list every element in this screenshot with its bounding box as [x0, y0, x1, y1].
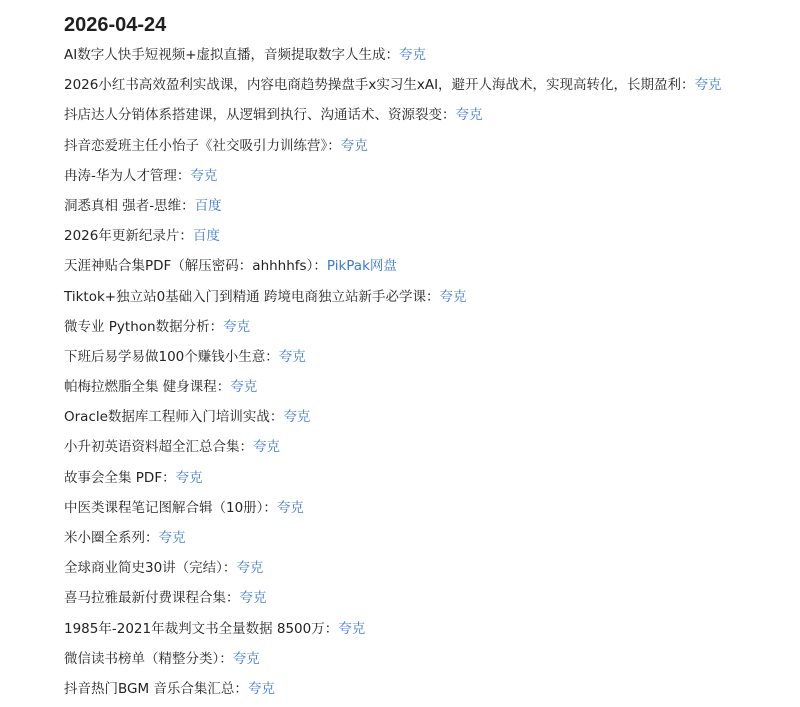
date-heading: 2026-04-24	[64, 10, 800, 40]
download-link[interactable]: 夸克	[230, 379, 257, 395]
list-item: 2026年更新纪录片：百度	[64, 221, 800, 251]
download-link[interactable]: 夸克	[456, 107, 483, 123]
resource-title: 微信读书榜单（精整分类）：	[64, 651, 233, 667]
resource-title: 下班后易学易做100个赚钱小生意：	[64, 349, 279, 365]
download-link[interactable]: 夸克	[159, 530, 186, 546]
list-item: 喜马拉雅最新付费课程合集：夸克	[64, 583, 800, 613]
list-item: 米小圈全系列：夸克	[64, 523, 800, 553]
download-link[interactable]: PikPak网盘	[327, 258, 397, 274]
resource-title: 故事会全集 PDF：	[64, 470, 176, 486]
resource-title: 全球商业简史30讲（完结）：	[64, 560, 236, 576]
download-link[interactable]: 夸克	[233, 651, 260, 667]
resource-title: 抖店达人分销体系搭建课，从逻辑到执行、沟通话术、资源裂变：	[64, 107, 456, 123]
resource-title: 中医类课程笔记图解合辑（10册）：	[64, 500, 277, 516]
resource-title: 喜马拉雅最新付费课程合集：	[64, 590, 240, 606]
list-item: Tiktok+独立站0基础入门到精通 跨境电商独立站新手必学课：夸克	[64, 282, 800, 312]
list-item: 冉涛-华为人才管理：夸克	[64, 161, 800, 191]
resource-title: 抖音热门BGM 音乐合集汇总：	[64, 681, 248, 697]
list-item: 抖音热门BGM 音乐合集汇总：夸克	[64, 674, 800, 704]
resource-title: 2026年更新纪录片：	[64, 228, 193, 244]
resource-list: AI数字人快手短视频+虚拟直播，音频提取数字人生成：夸克2026小红书高效盈利实…	[64, 40, 800, 704]
download-link[interactable]: 夸克	[240, 590, 267, 606]
list-item: 微专业 Python数据分析：夸克	[64, 312, 800, 342]
resource-title: 洞悉真相 强者-思维：	[64, 198, 195, 214]
list-item: Oracle数据库工程师入门培训实战：夸克	[64, 402, 800, 432]
resource-title: 小升初英语资料超全汇总合集：	[64, 439, 253, 455]
list-item: 抖音恋爱班主任小怡子《社交吸引力训练营》：夸克	[64, 131, 800, 161]
download-link[interactable]: 夸克	[253, 439, 280, 455]
download-link[interactable]: 夸克	[236, 560, 263, 576]
resource-title: 天涯神贴合集PDF（解压密码：ahhhhfs）：	[64, 258, 327, 274]
list-item: 中医类课程笔记图解合辑（10册）：夸克	[64, 493, 800, 523]
download-link[interactable]: 夸克	[399, 47, 426, 63]
download-link[interactable]: 夸克	[176, 470, 203, 486]
list-item: 天涯神贴合集PDF（解压密码：ahhhhfs）：PikPak网盘	[64, 251, 800, 281]
list-item: 小升初英语资料超全汇总合集：夸克	[64, 432, 800, 462]
download-link[interactable]: 夸克	[695, 77, 722, 93]
list-item: 抖店达人分销体系搭建课，从逻辑到执行、沟通话术、资源裂变：夸克	[64, 100, 800, 130]
download-link[interactable]: 夸克	[283, 409, 310, 425]
resource-title: 米小圈全系列：	[64, 530, 159, 546]
list-item: 帕梅拉燃脂全集 健身课程：夸克	[64, 372, 800, 402]
list-item: 全球商业简史30讲（完结）：夸克	[64, 553, 800, 583]
resource-title: 冉涛-华为人才管理：	[64, 168, 190, 184]
resource-title: Tiktok+独立站0基础入门到精通 跨境电商独立站新手必学课：	[64, 289, 439, 305]
download-link[interactable]: 夸克	[190, 168, 217, 184]
download-link[interactable]: 夸克	[338, 621, 365, 637]
resource-title: 帕梅拉燃脂全集 健身课程：	[64, 379, 230, 395]
download-link[interactable]: 夸克	[439, 289, 466, 305]
resource-title: AI数字人快手短视频+虚拟直播，音频提取数字人生成：	[64, 47, 399, 63]
resource-title: 2026小红书高效盈利实战课，内容电商趋势操盘手x实习生xAI，避开人海战术，实…	[64, 77, 695, 93]
list-item: 1985年-2021年裁判文书全量数据 8500万：夸克	[64, 614, 800, 644]
resource-title: 微专业 Python数据分析：	[64, 319, 223, 335]
resource-title: 1985年-2021年裁判文书全量数据 8500万：	[64, 621, 338, 637]
download-link[interactable]: 夸克	[341, 138, 368, 154]
list-item: AI数字人快手短视频+虚拟直播，音频提取数字人生成：夸克	[64, 40, 800, 70]
list-item: 故事会全集 PDF：夸克	[64, 463, 800, 493]
download-link[interactable]: 夸克	[223, 319, 250, 335]
list-item: 洞悉真相 强者-思维：百度	[64, 191, 800, 221]
document-page: 2026-04-24 AI数字人快手短视频+虚拟直播，音频提取数字人生成：夸克2…	[0, 0, 800, 704]
resource-title: 抖音恋爱班主任小怡子《社交吸引力训练营》：	[64, 138, 341, 154]
download-link[interactable]: 百度	[193, 228, 220, 244]
download-link[interactable]: 夸克	[279, 349, 306, 365]
download-link[interactable]: 夸克	[248, 681, 275, 697]
download-link[interactable]: 百度	[195, 198, 222, 214]
list-item: 微信读书榜单（精整分类）：夸克	[64, 644, 800, 674]
list-item: 下班后易学易做100个赚钱小生意：夸克	[64, 342, 800, 372]
resource-title: Oracle数据库工程师入门培训实战：	[64, 409, 283, 425]
list-item: 2026小红书高效盈利实战课，内容电商趋势操盘手x实习生xAI，避开人海战术，实…	[64, 70, 800, 100]
download-link[interactable]: 夸克	[277, 500, 304, 516]
